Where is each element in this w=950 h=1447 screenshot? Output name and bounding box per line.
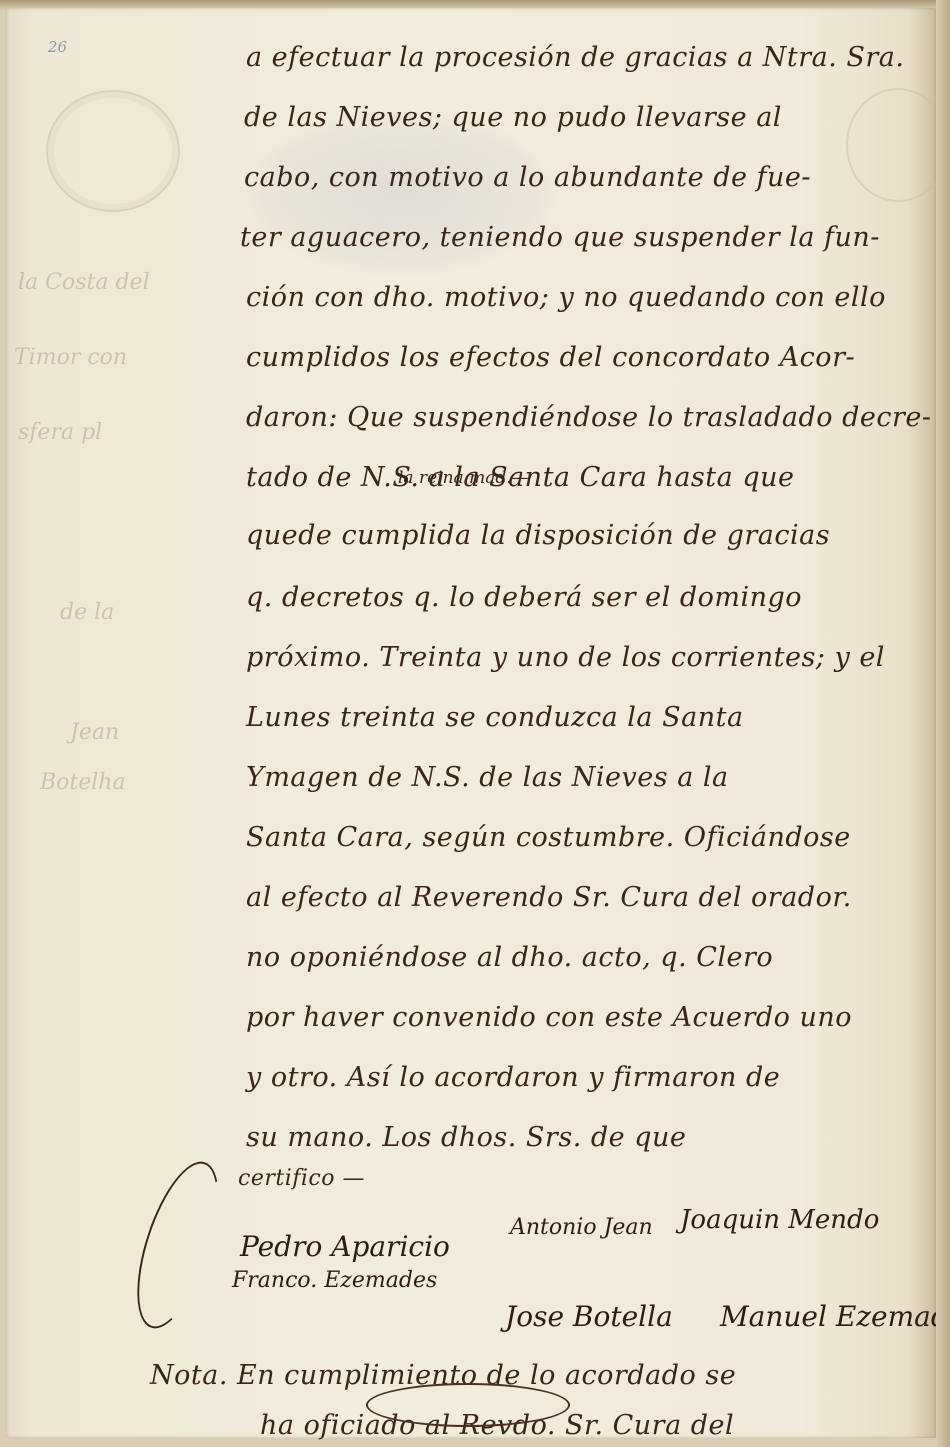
embossed-seal-right <box>846 88 950 202</box>
manuscript-line: cumplidos los efectos del concordato Aco… <box>246 342 855 373</box>
manuscript-line: su mano. Los dhos. Srs. de que <box>246 1122 686 1153</box>
manuscript-line: cabo, con motivo a lo abundante de fue- <box>244 162 811 193</box>
bleed-through-text: sfera pl <box>18 420 102 445</box>
manuscript-line: Lunes treinta se conduzca la Santa <box>246 702 744 733</box>
bleed-through-text: Botelha <box>40 770 126 795</box>
flourish-loop <box>366 1383 570 1427</box>
interlinear-insert: la reina mad.— <box>398 468 529 488</box>
manuscript-page: 26 la Costa delTimor consfera plde laBot… <box>6 8 936 1438</box>
manuscript-line: de las Nieves; que no pudo llevarse al <box>244 102 782 133</box>
signature: Pedro Aparicio <box>240 1230 450 1263</box>
notary-rubric <box>121 1152 236 1337</box>
manuscript-line: daron: Que suspendiéndose lo trasladado … <box>246 402 932 433</box>
signature: Franco. Ezemades <box>232 1268 437 1293</box>
manuscript-line: no oponiéndose al dho. acto, q. Clero <box>246 942 773 973</box>
manuscript-line: quede cumplida la disposición de gracias <box>246 520 830 551</box>
manuscript-line: ter aguacero, teniendo que suspender la … <box>240 222 880 253</box>
embossed-seal-left <box>46 90 180 212</box>
manuscript-line: próximo. Treinta y uno de los corrientes… <box>246 642 885 673</box>
manuscript-line: Santa Cara, según costumbre. Oficiándose <box>246 822 851 853</box>
manuscript-line: por haver convenido con este Acuerdo uno <box>246 1002 852 1033</box>
bleed-through-text: Jean <box>70 720 119 745</box>
manuscript-line: Ymagen de N.S. de las Nieves a la <box>246 762 729 793</box>
signature: Joaquin Mendo <box>680 1205 879 1235</box>
manuscript-line: q. decretos q. lo deberá ser el domingo <box>246 582 802 613</box>
bleed-through-text: Timor con <box>14 345 127 370</box>
manuscript-line: y otro. Así lo acordaron y firmaron de <box>246 1062 780 1093</box>
manuscript-line: al efecto al Reverendo Sr. Cura del orad… <box>246 882 852 913</box>
bleed-through-text: de la <box>60 600 114 625</box>
manuscript-line: ción con dho. motivo; y no quedando con … <box>246 282 886 313</box>
manuscript-line: a efectuar la procesión de gracias a Ntr… <box>246 42 905 73</box>
paper-right-edge <box>936 0 950 1447</box>
folio-number: 26 <box>48 38 67 56</box>
bleed-through-text: la Costa del <box>18 270 150 295</box>
certifico-text: certifico — <box>238 1166 365 1191</box>
signature: Jose Botella <box>505 1300 673 1333</box>
signature: Manuel Ezemades <box>720 1300 950 1333</box>
signature: Antonio Jean <box>510 1215 653 1240</box>
